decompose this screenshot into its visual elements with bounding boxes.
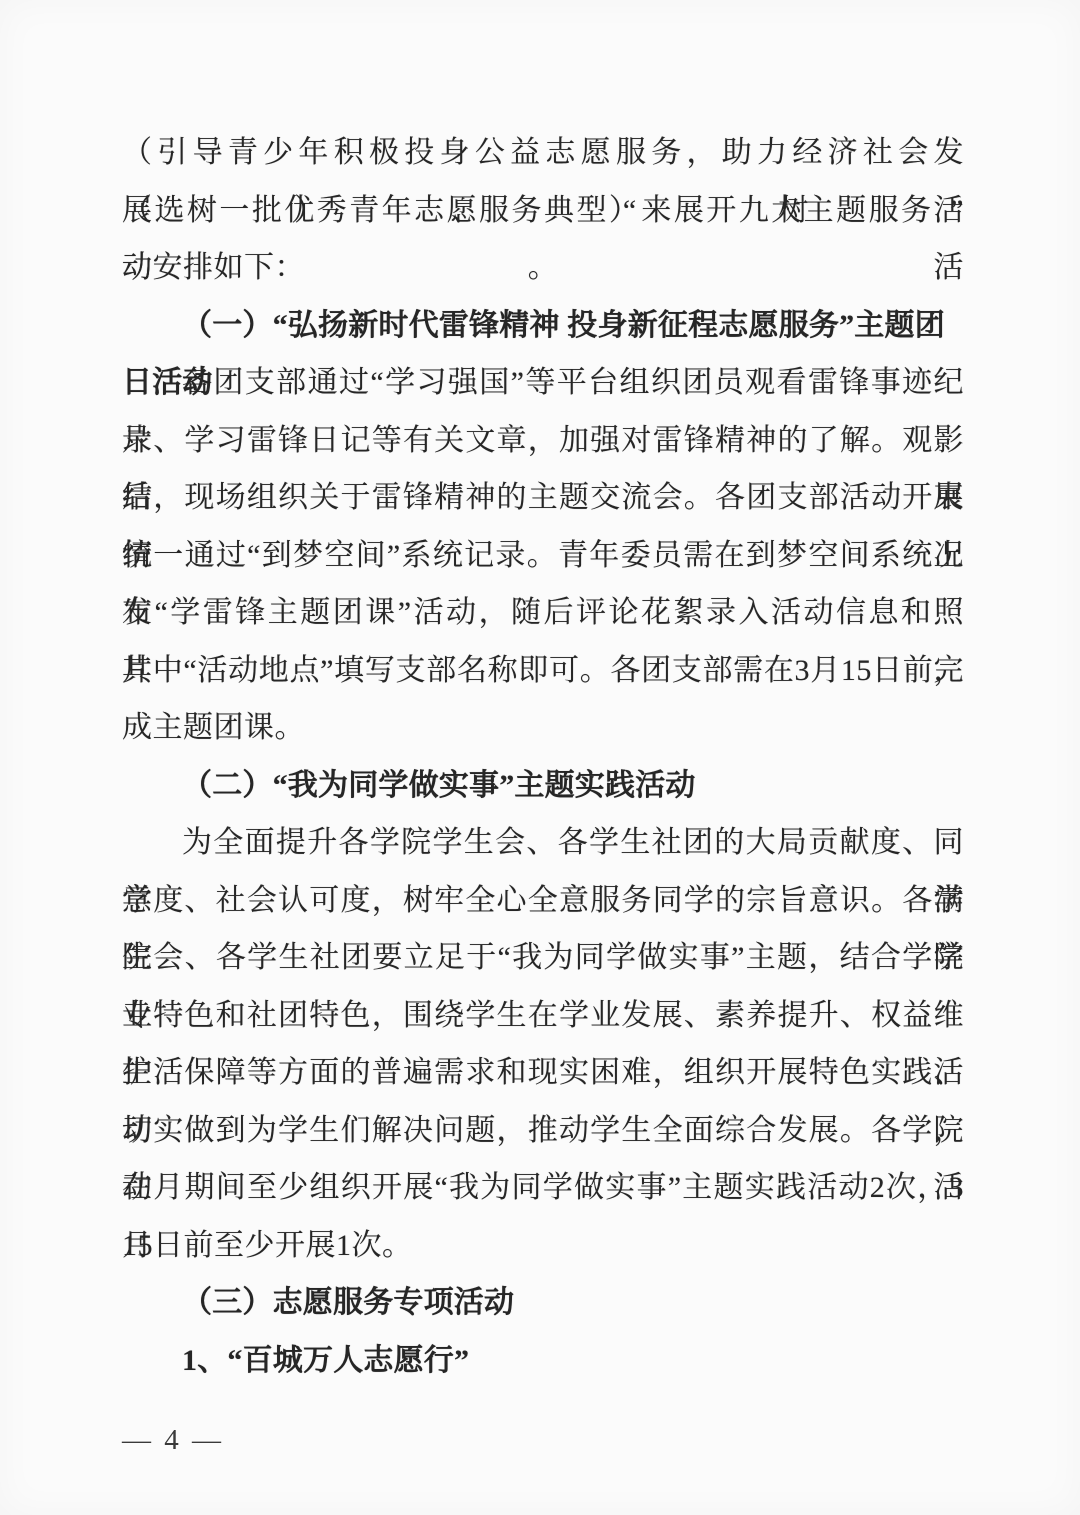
section-1-line: 统一通过“到梦空间”系统记录。青年委员需在到梦空间系统上发 [122,527,964,585]
section-1-line: 片、学习雷锋日记等有关文章，加强对雷锋精神的了解。观影结束 [122,412,964,470]
section-1-line: 后，现场组织关于雷锋精神的主题交流会。各团支部活动开展情况 [122,469,964,527]
page-number: — 4 — [122,1424,224,1457]
intro-line: （引导青少年积极投身公益志愿服务，助力经济社会发展）、“树” [122,124,964,182]
section-1-heading: （一）“弘扬新时代雷锋精神 投身新征程志愿服务”主题团日活动 [122,297,964,355]
section-1-line: 成主题团课。 [122,699,964,757]
intro-line: （选树一批优秀青年志愿服务典型）来展开九大主题服务活动。活 [122,182,964,240]
section-3-heading: （三）志愿服务专项活动 [122,1274,964,1332]
section-2-line: 意度、社会认可度，树牢全心全意服务同学的宗旨意识。各学院学 [122,872,964,930]
section-1-line: 各团支部通过“学习强国”等平台组织团员观看雷锋事迹纪录 [122,354,964,412]
section-2-line: 业特色和社团特色，围绕学生在学业发展、素养提升、权益维护、 [122,987,964,1045]
section-2-line: 生活保障等方面的普遍需求和现实困难，组织开展特色实践活动， [122,1044,964,1102]
section-2-line: 生会、各学生社团要立足于“我为同学做实事”主题，结合学院专 [122,929,964,987]
section-3-item-1-heading: 1、“百城万人志愿行” [122,1332,964,1390]
section-1-line: 布“学雷锋主题团课”活动，随后评论花絮录入活动信息和照片， [122,584,964,642]
section-2-line: 切实做到为学生们解决问题，推动学生全面综合发展。各学院在活 [122,1102,964,1160]
document-body: （引导青少年积极投身公益志愿服务，助力经济社会发展）、“树” （选树一批优秀青年… [122,124,964,1389]
section-2-heading: （二）“我为同学做实事”主题实践活动 [122,757,964,815]
section-2-line: 15日前至少开展1次。 [122,1217,964,1275]
section-2-line: 动月期间至少组织开展“我为同学做实事”主题实践活动2次，3月 [122,1159,964,1217]
section-1-line: 其中“活动地点”填写支部名称即可。各团支部需在3月15日前完 [122,642,964,700]
document-page: （引导青少年积极投身公益志愿服务，助力经济社会发展）、“树” （选树一批优秀青年… [0,0,1080,1515]
section-2-line: 为全面提升各学院学生会、各学生社团的大局贡献度、同学满 [122,814,964,872]
